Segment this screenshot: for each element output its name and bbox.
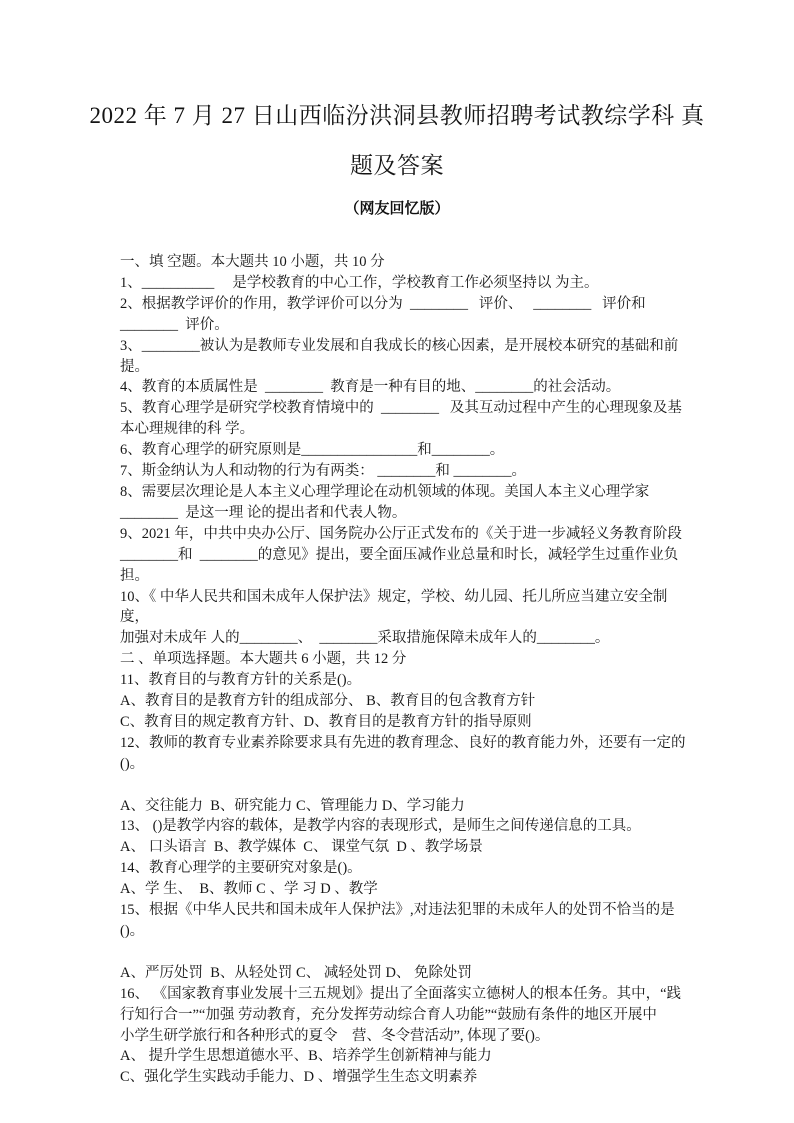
question-8-line-2: ________ 是这一理 论的提出者和代表人物。 <box>120 503 686 524</box>
document-body: 一、填 空题。本大题共 10 小题，共 10 分 1、__________ 是学… <box>120 252 686 1088</box>
document-subtitle: （网友回忆版） <box>0 199 794 219</box>
blank-line-2 <box>120 942 686 963</box>
question-16-options-cd: C、强化学生实践动手能力、D 、增强学生生态文明素养 <box>120 1067 686 1088</box>
question-7-line: 7、斯金纳认为人和动物的行为有两类： ________和 ________。 <box>120 461 686 482</box>
blank-line-1 <box>120 775 686 796</box>
question-10-line-1: 10、《 中华人民共和国未成年人保护法》规定，学校、幼儿园、托儿所应当建立安全制… <box>120 587 686 629</box>
question-2-line-2: ________ 评价。 <box>120 315 686 336</box>
question-16-options-ab: A、 提升学生思想道德水平、B、培养学生创新精神与能力 <box>120 1046 686 1067</box>
question-13-options: A、 口头语言 B、教学媒体 C、 课堂气氛 D 、教学场景 <box>120 837 686 858</box>
question-9-line-2: ________和 ________的意见》提出，要全面压减作业总量和时长，减轻… <box>120 545 686 566</box>
question-9-line-1: 9、2021 年，中共中央办公厅、国务院办公厅正式发布的《关于进一步减轻义务教育… <box>120 524 686 545</box>
question-11-options-ab: A、教育目的是教育方针的组成部分、 B、教育目的包含教育方针 <box>120 691 686 712</box>
question-12-stem: 12、教师的教育专业素养除要求具有先进的教育理念、良好的教育能力外，还要有一定的… <box>120 733 686 775</box>
question-1-line: 1、__________ 是学校教育的中心工作，学校教育工作必须坚持以 为主。 <box>120 273 686 294</box>
document-title-line-2: 题及答案 <box>0 141 794 191</box>
question-4-line: 4、教育的本质属性是 ________ 教育是一种有目的地、________的社… <box>120 377 686 398</box>
question-3-line-2: 提。 <box>120 357 686 378</box>
question-15-stem: 15、根据《中华人民共和国未成年人保护法》,对违法犯罪的未成年人的处罚不恰当的是… <box>120 900 686 942</box>
question-2-line-1: 2、根据教学评价的作用，教学评价可以分为 ________ 评价、 ______… <box>120 294 686 315</box>
document-title-line-1: 2022 年 7 月 27 日山西临汾洪洞县教师招聘考试教综学科 真 <box>0 91 794 141</box>
document-page: 2022 年 7 月 27 日山西临汾洪洞县教师招聘考试教综学科 真 题及答案 … <box>0 0 794 1123</box>
question-5-line-1: 5、教育心理学是研究学校教育情境中的 ________ 及其互动过程中产生的心理… <box>120 398 686 419</box>
question-16-stem-line-3: 小学生研学旅行和各种形式的夏令 营、冬令营活动”, 体现了要()。 <box>120 1026 686 1047</box>
question-12-options: A、交往能力 B、研究能力 C、管理能力 D、学习能力 <box>120 796 686 817</box>
question-5-line-2: 本心理规律的科 学。 <box>120 419 686 440</box>
question-13-stem: 13、 ()是教学内容的载体，是教学内容的表现形式，是师生之间传递信息的工具。 <box>120 816 686 837</box>
question-14-stem: 14、教育心理学的主要研究对象是()。 <box>120 858 686 879</box>
question-8-line-1: 8、需要层次理论是人本主义心理学理论在动机领域的体现。美国人本主义心理学家 <box>120 482 686 503</box>
question-11-stem: 11、教育目的与教育方针的关系是()。 <box>120 670 686 691</box>
question-10-line-2: 加强对未成年 人的________、 ________采取措施保障未成年人的__… <box>120 628 686 649</box>
question-9-line-3: 担。 <box>120 566 686 587</box>
question-11-options-cd: C、教育目的规定教育方针、D、教育目的是教育方针的指导原则 <box>120 712 686 733</box>
question-3-line-1: 3、________被认为是教师专业发展和自我成长的核心因素，是开展校本研究的基… <box>120 336 686 357</box>
section-2-heading: 二 、单项选择题。本大题共 6 小题，共 12 分 <box>120 649 686 670</box>
question-15-options: A、严厉处罚 B、从轻处罚 C、 减轻处罚 D、 免除处罚 <box>120 963 686 984</box>
section-1-heading: 一、填 空题。本大题共 10 小题，共 10 分 <box>120 252 686 273</box>
question-14-options: A、学 生、 B、教师 C 、学 习 D 、教学 <box>120 879 686 900</box>
question-16-stem-line-2: 行知行合一”“加强 劳动教育，充分发挥劳动综合育人功能”“鼓励有条件的地区开展中 <box>120 1005 686 1026</box>
document-title: 2022 年 7 月 27 日山西临汾洪洞县教师招聘考试教综学科 真 题及答案 <box>0 0 794 191</box>
question-6-line: 6、教育心理学的研究原则是________________和________。 <box>120 440 686 461</box>
question-16-stem-line-1: 16、 《国家教育事业发展十三五规划》提出了全面落实立德树人的根本任务。其中，“… <box>120 984 686 1005</box>
